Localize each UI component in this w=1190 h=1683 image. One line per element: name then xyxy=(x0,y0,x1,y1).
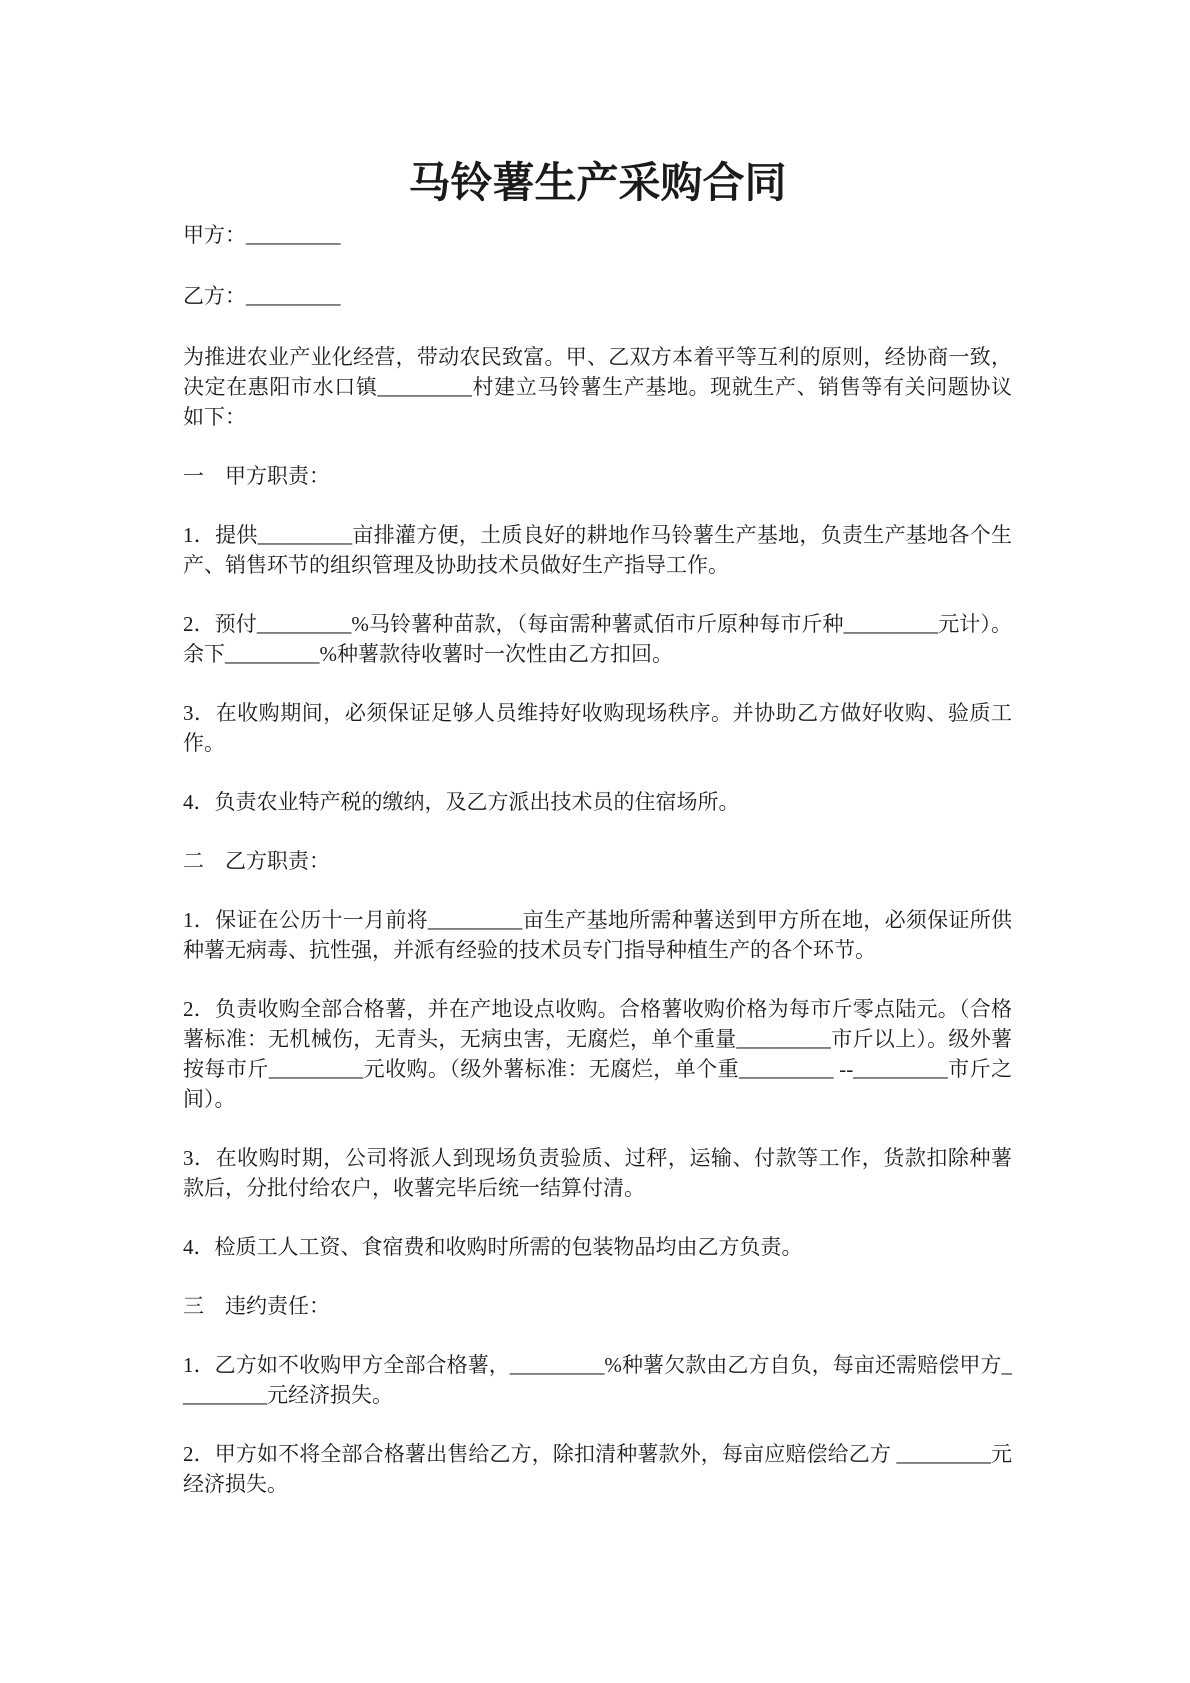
section-b-item-1: 1．保证在公历十一月前将_________亩生产基地所需种薯送到甲方所在地，必须… xyxy=(183,905,1012,965)
section-b-item-4: 4．检质工人工资、食宿费和收购时所需的包装物品均由乙方负责。 xyxy=(183,1232,1012,1262)
contract-page: 马铃薯生产采购合同 甲方：_________ 乙方：_________ 为推进农… xyxy=(0,0,1190,1683)
section-a-item-3: 3．在收购期间，必须保证足够人员维持好收购现场秩序。并协助乙方做好收购、验质工作… xyxy=(183,698,1012,758)
section-c-item-2: 2．甲方如不将全部合格薯出售给乙方，除扣清种薯款外，每亩应赔偿给乙方 _____… xyxy=(183,1439,1012,1499)
section-a-item-1: 1．提供_________亩排灌方便，土质良好的耕地作马铃薯生产基地，负责生产基… xyxy=(183,520,1012,580)
section-b-item-2: 2．负责收购全部合格薯，并在产地设点收购。合格薯收购价格为每市斤零点陆元。（合格… xyxy=(183,994,1012,1114)
section-c-item-1: 1．乙方如不收购甲方全部合格薯，_________%种薯欠款由乙方自负，每亩还需… xyxy=(183,1350,1012,1410)
party-b-line: 乙方：_________ xyxy=(183,281,1012,311)
section-a-heading: 一 甲方职责： xyxy=(183,461,1012,491)
document-title: 马铃薯生产采购合同 xyxy=(183,158,1012,210)
section-a-item-4: 4．负责农业特产税的缴纳，及乙方派出技术员的住宿场所。 xyxy=(183,787,1012,817)
section-b-item-3: 3．在收购时期，公司将派人到现场负责验质、过秤，运输、付款等工作，货款扣除种薯款… xyxy=(183,1143,1012,1203)
section-c-heading: 三 违约责任： xyxy=(183,1291,1012,1321)
party-a-line: 甲方：_________ xyxy=(183,220,1012,250)
preamble-paragraph: 为推进农业产业化经营，带动农民致富。甲、乙双方本着平等互利的原则，经协商一致，决… xyxy=(183,342,1012,432)
section-a-item-2: 2．预付_________%马铃薯种苗款，（每亩需种薯贰佰市斤原种每市斤种___… xyxy=(183,609,1012,669)
section-b-heading: 二 乙方职责： xyxy=(183,846,1012,876)
